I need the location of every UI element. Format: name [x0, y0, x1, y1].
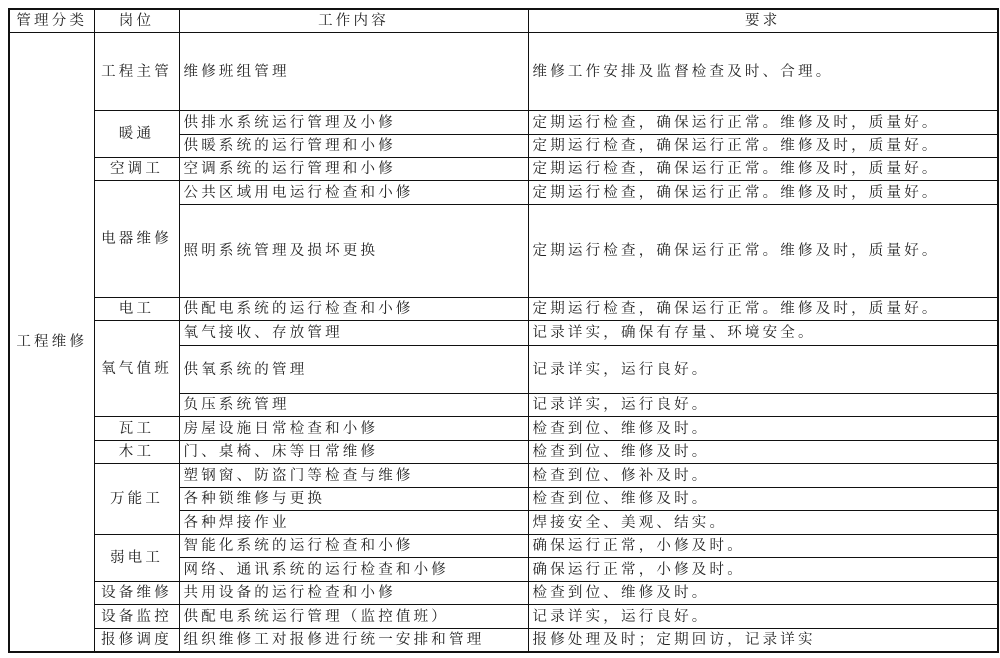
requirement-cell: 记录详实，运行良好。	[528, 346, 998, 394]
requirement-cell: 定期运行检查，确保运行正常。维修及时，质量好。	[528, 135, 998, 158]
work-cell: 门、桌椅、床等日常维修	[179, 441, 528, 464]
work-cell: 组织维修工对报修进行统一安排和管理	[179, 629, 528, 652]
table-row: 木工 门、桌椅、床等日常维修 检查到位、维修及时。	[9, 441, 998, 464]
requirement-cell: 定期运行检查，确保运行正常。维修及时，质量好。	[528, 298, 998, 321]
position-cell: 瓦工	[94, 417, 179, 441]
table-row: 工程维修 工程主管 维修班组管理 维修工作安排及监督检查及时、合理。	[9, 33, 998, 111]
category-cell: 工程维修	[9, 33, 94, 652]
requirement-cell: 确保运行正常，小修及时。	[528, 535, 998, 558]
position-cell: 万能工	[94, 464, 179, 535]
requirement-cell: 报修处理及时；定期回访，记录详实	[528, 629, 998, 652]
position-cell: 木工	[94, 441, 179, 464]
work-cell: 氧气接收、存放管理	[179, 321, 528, 346]
work-cell: 空调系统的运行管理和小修	[179, 158, 528, 181]
header-requirement: 要求	[528, 9, 998, 33]
requirement-cell: 检查到位、维修及时。	[528, 582, 998, 605]
position-cell: 工程主管	[94, 33, 179, 111]
requirement-cell: 确保运行正常，小修及时。	[528, 558, 998, 582]
work-cell: 房屋设施日常检查和小修	[179, 417, 528, 441]
requirement-cell: 定期运行检查，确保运行正常。维修及时，质量好。	[528, 158, 998, 181]
table-row: 万能工 塑钢窗、防盗门等检查与维修 检查到位、修补及时。	[9, 464, 998, 488]
position-cell: 设备维修	[94, 582, 179, 605]
work-cell: 各种锁维修与更换	[179, 488, 528, 511]
header-row: 管理分类 岗位 工作内容 要求	[9, 9, 998, 33]
work-cell: 网络、通讯系统的运行检查和小修	[179, 558, 528, 582]
table-row: 暖通 供排水系统运行管理及小修 定期运行检查，确保运行正常。维修及时，质量好。	[9, 111, 998, 135]
work-cell: 各种焊接作业	[179, 511, 528, 535]
work-cell: 塑钢窗、防盗门等检查与维修	[179, 464, 528, 488]
table-row: 电工 供配电系统的运行检查和小修 定期运行检查，确保运行正常。维修及时，质量好。	[9, 298, 998, 321]
table-row: 设备监控 供配电系统运行管理（监控值班） 记录详实，运行良好。	[9, 605, 998, 629]
requirement-cell: 记录详实，运行良好。	[528, 394, 998, 417]
requirement-cell: 焊接安全、美观、结实。	[528, 511, 998, 535]
work-cell: 供氧系统的管理	[179, 346, 528, 394]
position-cell: 暖通	[94, 111, 179, 158]
header-category: 管理分类	[9, 9, 94, 33]
work-cell: 供配电系统运行管理（监控值班）	[179, 605, 528, 629]
table-row: 弱电工 智能化系统的运行检查和小修 确保运行正常，小修及时。	[9, 535, 998, 558]
work-cell: 供配电系统的运行检查和小修	[179, 298, 528, 321]
duty-table: 管理分类 岗位 工作内容 要求 工程维修 工程主管 维修班组管理 维修工作安排及…	[8, 8, 999, 653]
table-row: 空调工 空调系统的运行管理和小修 定期运行检查，确保运行正常。维修及时，质量好。	[9, 158, 998, 181]
table-row: 电器维修 公共区域用电运行检查和小修 定期运行检查，确保运行正常。维修及时，质量…	[9, 181, 998, 205]
work-cell: 供暖系统的运行管理和小修	[179, 135, 528, 158]
work-cell: 照明系统管理及损坏更换	[179, 205, 528, 298]
work-cell: 维修班组管理	[179, 33, 528, 111]
requirement-cell: 检查到位、维修及时。	[528, 417, 998, 441]
work-cell: 公共区域用电运行检查和小修	[179, 181, 528, 205]
position-cell: 报修调度	[94, 629, 179, 652]
requirement-cell: 定期运行检查，确保运行正常。维修及时，质量好。	[528, 205, 998, 298]
header-work: 工作内容	[179, 9, 528, 33]
work-cell: 智能化系统的运行检查和小修	[179, 535, 528, 558]
work-cell: 负压系统管理	[179, 394, 528, 417]
requirement-cell: 检查到位、修补及时。	[528, 464, 998, 488]
requirement-cell: 记录详实，确保有存量、环境安全。	[528, 321, 998, 346]
position-cell: 空调工	[94, 158, 179, 181]
requirement-cell: 检查到位、维修及时。	[528, 441, 998, 464]
requirement-cell: 检查到位、维修及时。	[528, 488, 998, 511]
requirement-cell: 维修工作安排及监督检查及时、合理。	[528, 33, 998, 111]
work-cell: 供排水系统运行管理及小修	[179, 111, 528, 135]
requirement-cell: 定期运行检查，确保运行正常。维修及时，质量好。	[528, 111, 998, 135]
position-cell: 电工	[94, 298, 179, 321]
table-row: 报修调度 组织维修工对报修进行统一安排和管理 报修处理及时；定期回访，记录详实	[9, 629, 998, 652]
table-row: 设备维修 共用设备的运行检查和小修 检查到位、维修及时。	[9, 582, 998, 605]
table-row: 氧气值班 氧气接收、存放管理 记录详实，确保有存量、环境安全。	[9, 321, 998, 346]
work-cell: 共用设备的运行检查和小修	[179, 582, 528, 605]
position-cell: 设备监控	[94, 605, 179, 629]
requirement-cell: 定期运行检查，确保运行正常。维修及时，质量好。	[528, 181, 998, 205]
header-position: 岗位	[94, 9, 179, 33]
requirement-cell: 记录详实，运行良好。	[528, 605, 998, 629]
position-cell: 电器维修	[94, 181, 179, 298]
position-cell: 弱电工	[94, 535, 179, 582]
table-row: 瓦工 房屋设施日常检查和小修 检查到位、维修及时。	[9, 417, 998, 441]
position-cell: 氧气值班	[94, 321, 179, 417]
